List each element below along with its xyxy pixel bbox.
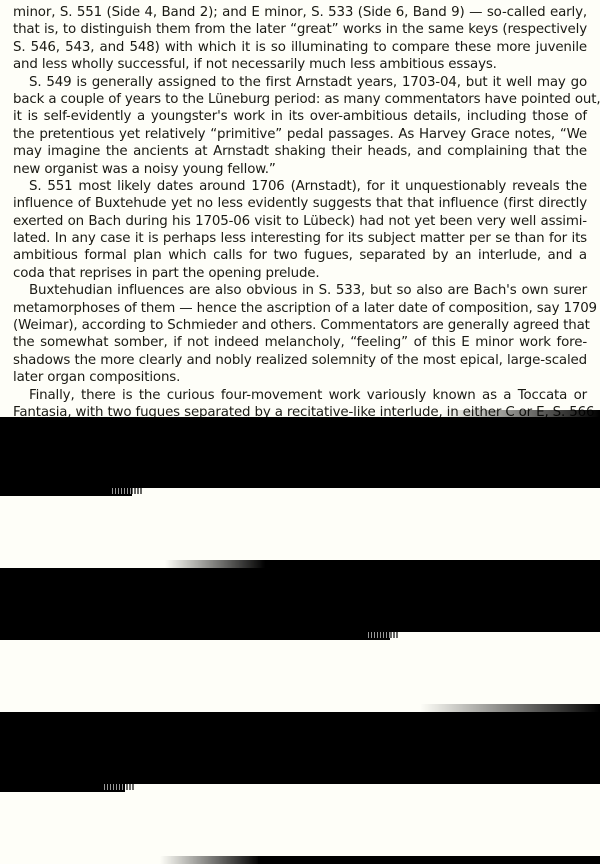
text-line: S. 546, 543, and 548) with which it is s… [13,39,587,56]
text-line: metamorphoses of them — hence the ascrip… [13,300,587,317]
scan-artifact-noise [112,488,142,494]
text-line: may imagine the ancients at Arnstadt sha… [13,143,587,160]
text-line: S. 549 is generally assigned to the firs… [13,74,587,91]
text-line: the somewhat somber, if not indeed melan… [13,334,587,351]
scan-artifact-notch [0,632,390,640]
scan-artifact-band [0,712,600,784]
text-line: ambitious formal plan which calls for tw… [13,247,587,264]
text-line: (Weimar), according to Schmieder and oth… [13,317,587,334]
scan-artifact-noise [368,632,398,638]
text-line: exerted on Bach during his 1705-06 visit… [13,213,587,230]
scan-artifact-gradient [160,856,260,864]
text-line: the pretentious yet relatively “primitiv… [13,126,587,143]
text-line: coda that reprises in part the opening p… [13,265,587,282]
text-line: lated. In any case it is perhaps less in… [13,230,587,247]
scan-artifact-noise [104,784,134,790]
scan-artifact-band [265,560,600,568]
text-line: minor, S. 551 (Side 4, Band 2); and E mi… [13,4,587,21]
scan-artifact-gradient [420,704,600,712]
scan-artifact-band [0,417,600,488]
text-line: it is self-evidently a youngster's work … [13,108,587,125]
scan-artifact-gradient [165,560,265,568]
text-line: shadows the more clearly and nobly reali… [13,352,587,369]
body-text: minor, S. 551 (Side 4, Band 2); and E mi… [13,4,587,439]
text-line: S. 551 most likely dates around 1706 (Ar… [13,178,587,195]
text-line: new organist was a noisy young fellow.” [13,161,587,178]
text-line: influence of Buxtehude yet no less evide… [13,195,587,212]
text-line: later organ compositions. [13,369,587,386]
text-line: Buxtehudian influences are also obvious … [13,282,587,299]
text-line: Finally, there is the curious four-movem… [13,387,587,404]
scan-artifact-band [0,568,600,632]
text-line: that is, to distinguish them from the la… [13,21,587,38]
text-line: back a couple of years to the Lüneburg p… [13,91,587,108]
scan-artifact-band [258,856,600,864]
document-page: minor, S. 551 (Side 4, Band 2); and E mi… [0,0,600,864]
text-line: and less wholly successful, if not neces… [13,56,587,73]
